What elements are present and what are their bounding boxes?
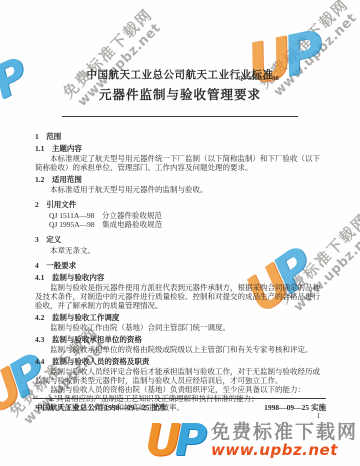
para-1-1: 本标准规定了航天型号用元器件统一下厂监制（以下简称监制）和下厂验收（以下简称验收… [35,154,326,172]
heading-4-1-content: 4.1 监制与验收内容 [35,273,326,282]
para-4-4b: 监制与验收人员的资格由院（基地）负责组织评定，至少应具备以下的能力： [35,385,326,394]
header-rule [62,116,298,117]
reference-qj1995a: QJ 1995A—98 集成电路验收规范 [35,220,326,229]
heading-1-2-applicability: 1.2 适用范围 [35,175,326,184]
brand-text: 免费标准下载网 www.upbz.net [211,423,358,459]
para-3: 本章无条文。 [35,246,326,255]
footer-rule [33,398,326,399]
upbz-footer-logo: UP 免费标准下载网 www.upbz.net [141,419,358,463]
heading-1-scope: 1 范围 [35,132,326,141]
heading-3-definitions: 3 定义 [35,235,326,244]
heading-4-4-personnel: 4.4 监制与验收人员的资格及职责 [35,357,326,366]
para-4-2: 监制与验收工作由院（基地）合同主管部门统一调度。 [35,323,326,332]
footer-row: 中国航天工业总公司 1998—09—25 批准 1998—09—25 实施 [35,402,326,413]
para-4-1: 监制与验收是指元器件使用方派驻代表到元器件承制方，根据采购合同确定的品种及技术条… [35,283,326,310]
upbz-logo: UP [145,419,207,463]
approval-line: 中国航天工业总公司 1998—09—25 批准 [35,402,166,413]
scanned-standard-page: 免费标准下载网 www.upbz.net 免费标准下载网 www.upbz.ne… [0,0,360,466]
heading-1-1-subject: 1.1 主题内容 [35,144,326,153]
standard-org-line: 中国航天工业总公司航天工业行业标准 [0,67,360,82]
heading-2-references: 2 引用文件 [35,200,326,209]
doc-title: 元器件监制与验收管理要求 [0,85,360,103]
heading-4-3-qualification-unit: 4.3 监制与验收承担单位的资格 [35,335,326,344]
logo-letter-p: P [175,415,207,466]
standard-number: QJ 3063.3—98 [238,75,279,82]
para-1-2: 本标准适用于航天型号用元器件的监制与验收。 [35,185,326,194]
reference-qj1511a: QJ 1511A—98 分立器件验收规范 [35,211,326,220]
para-4-4a: 监制与验收人员经评定合格后才能承担监制与验收工作，对于无监制与验收经历或监制与验… [35,367,326,385]
brand-site-url: www.upbz.net [211,443,358,459]
heading-4-2-dispatch: 4.2 监制与验收工作调度 [35,313,326,322]
para-4-3: 监制与验收承担单位的资格由院级或院级以上主管部门和有关专家考核和评定。 [35,345,326,354]
brand-site-name: 免费标准下载网 [211,423,358,443]
heading-4-general: 4 一般要求 [35,261,326,270]
doc-body: 1 范围1.1 主题内容本标准规定了航天型号用元器件统一下厂监制（以下简称监制）… [35,126,326,412]
